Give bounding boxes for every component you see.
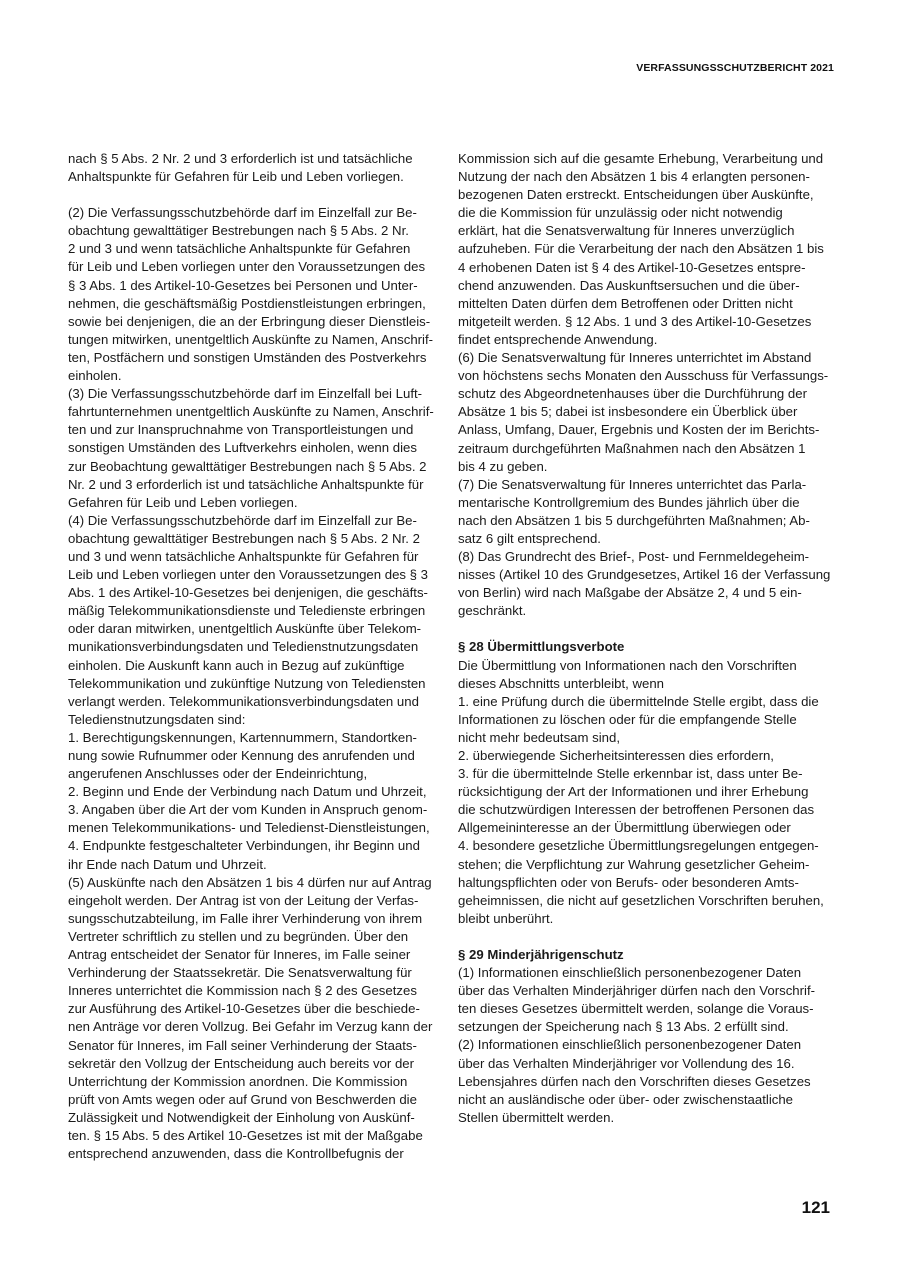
text-line: Anhaltspunkte für Gefahren für Leib und … — [68, 168, 453, 186]
text-line: Zulässigkeit und Notwendigkeit der Einho… — [68, 1109, 453, 1127]
text-line: ten, Postfächern und sonstigen Umständen… — [68, 349, 453, 367]
text-line: Lebensjahres dürfen nach den Vorschrifte… — [458, 1073, 843, 1091]
text-line: ihr Ende nach Datum und Uhrzeit. — [68, 856, 453, 874]
text-line: Abs. 1 des Artikel-10-Gesetzes bei denje… — [68, 584, 453, 602]
text-line: Informationen zu löschen oder für die em… — [458, 711, 843, 729]
text-line: ten. § 15 Abs. 5 des Artikel 10-Gesetzes… — [68, 1127, 453, 1145]
text-line: Anlass, Umfang, Dauer, Ergebnis und Kost… — [458, 421, 843, 439]
text-line: Absätze 1 bis 5; dabei ist insbesondere … — [458, 403, 843, 421]
text-line: (7) Die Senatsverwaltung für Inneres unt… — [458, 476, 843, 494]
section-29-heading: § 29 Minderjährigenschutz — [458, 946, 843, 964]
text-line: entsprechend anzuwenden, dass die Kontro… — [68, 1145, 453, 1163]
text-line: Senator für Inneres, im Fall seiner Verh… — [68, 1037, 453, 1055]
text-line: über das Verhalten Minderjähriger vor Vo… — [458, 1055, 843, 1073]
text-line: nicht an ausländische oder über- oder zw… — [458, 1091, 843, 1109]
text-line: angerufenen Anschlusses oder der Endeinr… — [68, 765, 453, 783]
section-28-body: Die Übermittlung von Informationen nach … — [458, 657, 843, 928]
text-line: die schutzwürdigen Interessen der betrof… — [458, 801, 843, 819]
text-line: 1. eine Prüfung durch die übermittelnde … — [458, 693, 843, 711]
text-line: stehen; die Verpflichtung zur Wahrung ge… — [458, 856, 843, 874]
text-line: Verhinderung der Staatssekretär. Die Sen… — [68, 964, 453, 982]
text-line: einholen. — [68, 367, 453, 385]
text-line: Stellen übermittelt werden. — [458, 1109, 843, 1127]
text-line: für Leib und Leben vorliegen unter den V… — [68, 258, 453, 276]
text-line: erklärt, hat die Senatsverwaltung für In… — [458, 222, 843, 240]
text-line: Telekommunikation und zukünftige Nutzung… — [68, 675, 453, 693]
text-line: rücksichtigung der Art der Informationen… — [458, 783, 843, 801]
text-line: Die Übermittlung von Informationen nach … — [458, 657, 843, 675]
text-line: Leib und Leben vorliegen unter den Vorau… — [68, 566, 453, 584]
text-line: Unterrichtung der Kommission anordnen. D… — [68, 1073, 453, 1091]
text-line: sonstigen Umständen des Luftverkehrs ein… — [68, 439, 453, 457]
text-line: (4) Die Verfassungsschutzbehörde darf im… — [68, 512, 453, 530]
text-line: chend anzuwenden. Das Auskunftsersuchen … — [458, 277, 843, 295]
text-line: (2) Informationen einschließlich persone… — [458, 1036, 843, 1054]
text-line: oder daran mitwirken, unentgeltlich Ausk… — [68, 620, 453, 638]
text-line: Kommission sich auf die gesamte Erhebung… — [458, 150, 843, 168]
text-line: fahrtunternehmen unentgeltlich Auskünfte… — [68, 403, 453, 421]
text-line: verlangt werden. Telekommunikationsverbi… — [68, 693, 453, 711]
text-line: zeitraum durchgeführten Maßnahmen nach d… — [458, 440, 843, 458]
text-line: mitgeteilt werden. § 12 Abs. 1 und 3 des… — [458, 313, 843, 331]
text-line: von höchstens sechs Monaten den Ausschus… — [458, 367, 843, 385]
text-line: bleibt unberührt. — [458, 910, 843, 928]
text-line: findet entsprechende Anwendung. — [458, 331, 843, 349]
text-line: mentarische Kontrollgremium des Bundes j… — [458, 494, 843, 512]
text-line: 3. Angaben über die Art der vom Kunden i… — [68, 801, 453, 819]
section-29-body: (1) Informationen einschließlich persone… — [458, 964, 843, 1127]
text-line: nach § 5 Abs. 2 Nr. 2 und 3 erforderlich… — [68, 150, 453, 168]
text-line: zur Beobachtung gewalttätiger Bestrebung… — [68, 458, 453, 476]
text-line: Vertreter schriftlich zu stellen und zu … — [68, 928, 453, 946]
text-line: haltungspflichten oder von Berufs- oder … — [458, 874, 843, 892]
text-line: nisses (Artikel 10 des Grundgesetzes, Ar… — [458, 566, 843, 584]
section-28-heading: § 28 Übermittlungsverbote — [458, 638, 843, 656]
text-line: aufzuheben. Für die Verarbeitung der nac… — [458, 240, 843, 258]
text-line: einholen. Die Auskunft kann auch in Bezu… — [68, 657, 453, 675]
text-line: satz 6 gilt entsprechend. — [458, 530, 843, 548]
text-line: 2 und 3 und wenn tatsächliche Anhaltspun… — [68, 240, 453, 258]
text-line: prüft von Amts wegen oder auf Grund von … — [68, 1091, 453, 1109]
text-line: Gefahren für Leib und Leben vorliegen. — [68, 494, 453, 512]
text-line: (1) Informationen einschließlich persone… — [458, 964, 843, 982]
right-column: Kommission sich auf die gesamte Erhebung… — [458, 150, 843, 1127]
text-line: (6) Die Senatsverwaltung für Inneres unt… — [458, 349, 843, 367]
text-line: (2) Die Verfassungsschutzbehörde darf im… — [68, 204, 453, 222]
text-line: mittelten Daten dürfen dem Betroffenen o… — [458, 295, 843, 313]
text-line: 1. Berechtigungskennungen, Kartennummern… — [68, 729, 453, 747]
text-line: Inneres unterrichtet die Kommission nach… — [68, 982, 453, 1000]
text-line: geheimnissen, die nicht auf gesetzlichen… — [458, 892, 843, 910]
text-line: geschränkt. — [458, 602, 843, 620]
page-number: 121 — [802, 1198, 830, 1218]
left-column: nach § 5 Abs. 2 Nr. 2 und 3 erforderlich… — [68, 150, 453, 1163]
text-line: setzungen der Speicherung nach § 13 Abs.… — [458, 1018, 843, 1036]
running-header: VERFASSUNGSSCHUTZBERICHT 2021 — [636, 62, 834, 74]
text-line: nehmen, die geschäftsmäßig Postdienstlei… — [68, 295, 453, 313]
spacer — [458, 620, 843, 638]
text-line: über das Verhalten Minderjähriger dürfen… — [458, 982, 843, 1000]
text-line: 3. für die übermittelnde Stelle erkennba… — [458, 765, 843, 783]
text-line: sowie bei denjenigen, die an der Erbring… — [68, 313, 453, 331]
text-line: ten und zur Inanspruchnahme von Transpor… — [68, 421, 453, 439]
text-line: Allgemeininteresse an der Übermittlung ü… — [458, 819, 843, 837]
text-line: schutz des Abgeordnetenhauses über die D… — [458, 385, 843, 403]
text-line: die die Kommission für unzulässig oder n… — [458, 204, 843, 222]
text-line: 2. überwiegende Sicherheitsinteressen di… — [458, 747, 843, 765]
text-line: von Berlin) wird nach Maßgabe der Absätz… — [458, 584, 843, 602]
text-line: 4. besondere gesetzliche Übermittlungsre… — [458, 837, 843, 855]
text-line: 4. Endpunkte festgeschalteter Verbindung… — [68, 837, 453, 855]
text-line: eingeholt werden. Der Antrag ist von der… — [68, 892, 453, 910]
text-line: sungsschutzabteilung, im Falle ihrer Ver… — [68, 910, 453, 928]
text-line: nicht mehr bedeutsam sind, — [458, 729, 843, 747]
text-line: dieses Abschnitts unterbleibt, wenn — [458, 675, 843, 693]
text-line: (5) Auskünfte nach den Absätzen 1 bis 4 … — [68, 874, 453, 892]
text-line: bezogenen Daten erstreckt. Entscheidunge… — [458, 186, 843, 204]
text-line: menen Telekommunikations- und Teledienst… — [68, 819, 453, 837]
text-line: munikationsverbindungsdaten und Teledien… — [68, 638, 453, 656]
text-line: nach den Absätzen 1 bis 5 durchgeführten… — [458, 512, 843, 530]
text-line: 2. Beginn und Ende der Verbindung nach D… — [68, 783, 453, 801]
text-line: Teledienstnutzungsdaten sind: — [68, 711, 453, 729]
text-line: sekretär den Vollzug der Entscheidung au… — [68, 1055, 453, 1073]
text-line: obachtung gewalttätiger Bestrebungen nac… — [68, 530, 453, 548]
text-line: 4 erhobenen Daten ist § 4 des Artikel-10… — [458, 259, 843, 277]
text-line: zur Ausführung des Artikel-10-Gesetzes ü… — [68, 1000, 453, 1018]
text-line: Antrag entscheidet der Senator für Inner… — [68, 946, 453, 964]
text-line: Nutzung der nach den Absätzen 1 bis 4 er… — [458, 168, 843, 186]
text-line: nen Anträge vor deren Vollzug. Bei Gefah… — [68, 1018, 453, 1036]
text-line: nung sowie Rufnummer oder Kennung des an… — [68, 747, 453, 765]
text-line: Nr. 2 und 3 erforderlich ist und tatsäch… — [68, 476, 453, 494]
spacer — [68, 186, 453, 204]
text-line: (8) Das Grundrecht des Brief-, Post- und… — [458, 548, 843, 566]
text-line: bis 4 zu geben. — [458, 458, 843, 476]
text-line: tungen mitwirken, unentgeltlich Auskünft… — [68, 331, 453, 349]
text-line: und 3 und wenn tatsächliche Anhaltspunkt… — [68, 548, 453, 566]
text-line: ten dieses Gesetzes übermittelt werden, … — [458, 1000, 843, 1018]
text-line: (3) Die Verfassungsschutzbehörde darf im… — [68, 385, 453, 403]
text-line: mäßig Telekommunikationsdienste und Tele… — [68, 602, 453, 620]
spacer — [458, 928, 843, 946]
continued-paragraph-block: Kommission sich auf die gesamte Erhebung… — [458, 150, 843, 620]
text-line: § 3 Abs. 1 des Artikel-10-Gesetzes bei P… — [68, 277, 453, 295]
text-line: obachtung gewalttätiger Bestrebungen nac… — [68, 222, 453, 240]
